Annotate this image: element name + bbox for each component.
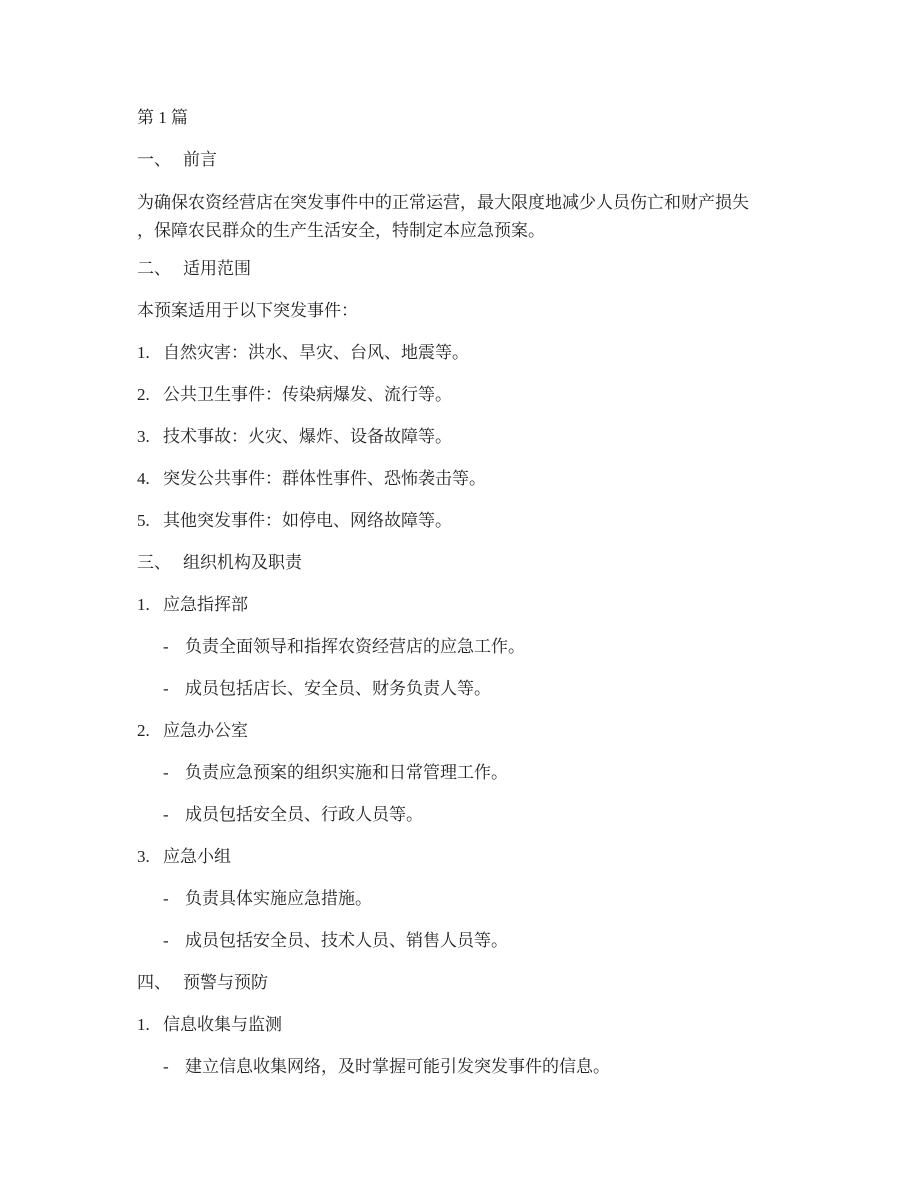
list-number: 1.	[137, 592, 163, 617]
list-number: 1.	[137, 1012, 163, 1037]
list-item: 5. 其他突发事件：如停电、网络故障等。	[137, 508, 830, 533]
list-number: 5.	[137, 508, 163, 533]
heading-marker: 四、	[137, 970, 183, 995]
dash-marker: -	[163, 760, 185, 785]
list-item-text: 公共卫生事件：传染病爆发、流行等。	[163, 382, 452, 407]
sub-bullet: - 建立信息收集网络，及时掌握可能引发突发事件的信息。	[163, 1054, 830, 1079]
dash-marker: -	[163, 886, 185, 911]
dash-marker: -	[163, 676, 185, 701]
heading-marker: 一、	[137, 147, 183, 172]
list-item: 2. 公共卫生事件：传染病爆发、流行等。	[137, 382, 830, 407]
sub-bullet-text: 成员包括店长、安全员、财务负责人等。	[185, 676, 491, 701]
heading-label: 组织机构及职责	[183, 550, 302, 575]
sub-bullet: - 成员包括安全员、技术人员、销售人员等。	[163, 928, 830, 953]
list-item-text: 信息收集与监测	[163, 1012, 282, 1037]
paragraph-line: ，保障农民群众的生产生活安全，特制定本应急预案。	[137, 217, 830, 245]
sub-bullet-text: 负责具体实施应急措施。	[185, 886, 372, 911]
scope-intro: 本预案适用于以下突发事件：	[137, 298, 830, 323]
section-heading-warning: 四、 预警与预防	[137, 970, 830, 995]
list-item: 1. 信息收集与监测	[137, 1012, 830, 1037]
section-heading-scope: 二、 适用范围	[137, 256, 830, 281]
document-page: 第 1 篇 一、 前言 为确保农资经营店在突发事件中的正常运营，最大限度地减少人…	[0, 0, 920, 1191]
heading-marker: 二、	[137, 256, 183, 281]
sub-bullet: - 成员包括店长、安全员、财务负责人等。	[163, 676, 830, 701]
list-item: 2. 应急办公室	[137, 718, 830, 743]
section-heading-organization: 三、 组织机构及职责	[137, 550, 830, 575]
heading-label: 适用范围	[183, 256, 251, 281]
dash-marker: -	[163, 928, 185, 953]
sub-bullet-text: 成员包括安全员、技术人员、销售人员等。	[185, 928, 508, 953]
list-number: 2.	[137, 382, 163, 407]
list-item: 1. 应急指挥部	[137, 592, 830, 617]
heading-label: 前言	[183, 147, 217, 172]
list-item: 3. 技术事故：火灾、爆炸、设备故障等。	[137, 424, 830, 449]
paragraph-line: 为确保农资经营店在突发事件中的正常运营，最大限度地减少人员伤亡和财产损失	[137, 189, 830, 217]
sub-bullet-text: 负责应急预案的组织实施和日常管理工作。	[185, 760, 508, 785]
list-number: 3.	[137, 844, 163, 869]
dash-marker: -	[163, 1054, 185, 1079]
heading-marker: 三、	[137, 550, 183, 575]
list-item: 4. 突发公共事件：群体性事件、恐怖袭击等。	[137, 466, 830, 491]
list-item: 1. 自然灾害：洪水、旱灾、台风、地震等。	[137, 340, 830, 365]
sub-bullet: - 成员包括安全员、行政人员等。	[163, 802, 830, 827]
sub-bullet-text: 负责全面领导和指挥农资经营店的应急工作。	[185, 634, 525, 659]
sub-bullet: - 负责全面领导和指挥农资经营店的应急工作。	[163, 634, 830, 659]
list-item-text: 突发公共事件：群体性事件、恐怖袭击等。	[163, 466, 486, 491]
list-number: 1.	[137, 340, 163, 365]
list-item-text: 应急小组	[163, 844, 231, 869]
list-item-text: 应急办公室	[163, 718, 248, 743]
chapter-title: 第 1 篇	[137, 105, 830, 130]
list-number: 3.	[137, 424, 163, 449]
list-item-text: 其他突发事件：如停电、网络故障等。	[163, 508, 452, 533]
section-heading-preface: 一、 前言	[137, 147, 830, 172]
list-number: 2.	[137, 718, 163, 743]
list-item-text: 自然灾害：洪水、旱灾、台风、地震等。	[163, 340, 469, 365]
sub-bullet-text: 成员包括安全员、行政人员等。	[185, 802, 423, 827]
sub-bullet: - 负责具体实施应急措施。	[163, 886, 830, 911]
list-number: 4.	[137, 466, 163, 491]
preface-paragraph: 为确保农资经营店在突发事件中的正常运营，最大限度地减少人员伤亡和财产损失 ，保障…	[137, 189, 830, 245]
sub-bullet: - 负责应急预案的组织实施和日常管理工作。	[163, 760, 830, 785]
list-item: 3. 应急小组	[137, 844, 830, 869]
heading-label: 预警与预防	[183, 970, 268, 995]
sub-bullet-text: 建立信息收集网络，及时掌握可能引发突发事件的信息。	[185, 1054, 610, 1079]
list-item-text: 技术事故：火灾、爆炸、设备故障等。	[163, 424, 452, 449]
dash-marker: -	[163, 634, 185, 659]
list-item-text: 应急指挥部	[163, 592, 248, 617]
dash-marker: -	[163, 802, 185, 827]
